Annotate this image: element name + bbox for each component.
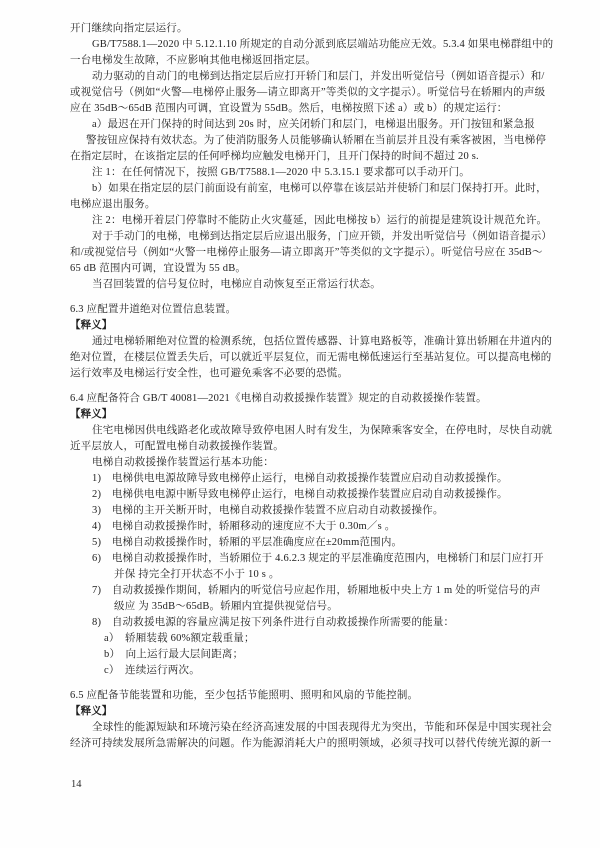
- document-body: 开门继续向指定层运行。GB/T7588.1—2020 中 5.12.1.10 所…: [70, 21, 550, 752]
- text-line: 3) 电梯的主开关断开时，电梯自动救援操作装置不应启动自动救援操作。: [70, 503, 550, 519]
- text-line: c） 连续运行两次。: [70, 663, 550, 679]
- text-line: a） 轿厢装载 60%额定载重量；: [70, 631, 550, 647]
- text-line: 5) 电梯自动救援操作时，轿厢的平层准确度应在±20mm范围内。: [70, 535, 550, 551]
- text-line: 级应 为 35dB～65dB。轿厢内宜提供视觉信号。: [70, 599, 550, 615]
- text-line: 一台电梯发生故障，不应影响其他电梯返回指定层。: [70, 53, 550, 69]
- text-line: 2) 电梯供电电源中断导致电梯停止运行，电梯自动救援操作装置应启动自动救援操作。: [70, 487, 550, 503]
- text-line: 65 dB 范围内可调，宜设置为 55 dB。: [70, 261, 550, 277]
- text-line: 1) 电梯供电电源故障导致电梯停止运行，电梯自动救援操作装置应启动自动救援操作。: [70, 471, 550, 487]
- document-page: 开门继续向指定层运行。GB/T7588.1—2020 中 5.12.1.10 所…: [0, 0, 600, 848]
- text-line: 运行效率及电梯运行安全性，也可避免乘客不必要的恐慌。: [70, 366, 550, 382]
- text-line: 7) 自动救援操作期间，轿厢内的听觉信号应起作用，轿厢地板中央上方 1 m 处的…: [70, 583, 550, 599]
- text-line: 和/或视觉信号（例如“火警一电梯停止服务—请立即离开”等类似的文字提示）。听觉信…: [70, 245, 550, 261]
- text-line: 注 2：电梯开着层门停靠时不能防止火灾蔓延，因此电梯按 b）运行的前提是建筑设计…: [70, 213, 550, 229]
- text-line: 开门继续向指定层运行。: [70, 21, 550, 37]
- text-line: 应在 35dB～65dB 范围内可调，宜设置为 55dB。然后，电梯按照下述 a…: [70, 101, 550, 117]
- text-line: 注 1：在任何情况下，按照 GB/T7588.1—2020 中 5.3.15.1…: [70, 165, 550, 181]
- text-line: 近平层放人，可配置电梯自动救援操作装置。: [70, 439, 550, 455]
- text-line: 住宅电梯因供电线路老化或故障导致停电困人时有发生，为保障乘客安全，在停电时，尽快…: [70, 423, 550, 439]
- text-line: 对于手动门的电梯，电梯到达指定层后应退出服务，门应开锁，并发出听觉信号（例如语音…: [70, 229, 550, 245]
- text-line: 警按钮应保持有效状态。为了使消防服务人员能够确认轿厢在当前层并且没有乘客被困，当…: [70, 133, 550, 149]
- text-line: 并保 持完全打开状态不小于 10 s 。: [70, 567, 550, 583]
- text-line: 通过电梯轿厢绝对位置的检测系统，包括位置传感器、计算电路板等，准确计算出轿厢在井…: [70, 334, 550, 350]
- interpretation-label: 【释义】: [70, 318, 550, 334]
- text-line: 全球性的能源短缺和环境污染在经济高速发展的中国表现得尤为突出，节能和环保是中国实…: [70, 720, 550, 736]
- text-line: 经济可持续发展所急需解决的问题。作为能源消耗大户的照明领域，必须寻找可以替代传统…: [70, 736, 550, 752]
- text-line: 6) 电梯自动救援操作时，当轿厢位于 4.6.2.3 规定的平层准确度范围内，电…: [70, 551, 550, 567]
- text-line: b）如果在指定层的层门前面设有前室，电梯可以停靠在该层站并使轿门和层门保持打开。…: [70, 181, 550, 197]
- text-line: 电梯应退出服务。: [70, 197, 550, 213]
- section-heading: 6.3 应配置井道绝对位置信息装置。: [70, 302, 550, 318]
- text-line: GB/T7588.1—2020 中 5.12.1.10 所规定的自动分派到底层端…: [70, 37, 550, 53]
- section-heading: 6.5 应配备节能装置和功能，至少包括节能照明、照明和风扇的节能控制。: [70, 688, 550, 704]
- page-number: 14: [71, 778, 82, 792]
- text-line: 8) 自动救援电源的容量应满足按下列条件进行自动救援操作所需要的能量：: [70, 615, 550, 631]
- text-line: b） 向上运行最大层间距离；: [70, 647, 550, 663]
- interpretation-label: 【释义】: [70, 407, 550, 423]
- text-line: 在指定层时，在该指定层的任何呼梯均应触发电梯开门，且开门保持的时间不超过 20 …: [70, 149, 550, 165]
- text-line: 绝对位置，在楼层位置丢失后，可以就近平层复位，而无需电梯低速运行至基站复位。可以…: [70, 350, 550, 366]
- text-line: 4) 电梯自动救援操作时，轿厢移动的速度应不大于 0.30m／s 。: [70, 519, 550, 535]
- interpretation-label: 【释义】: [70, 704, 550, 720]
- text-line: 或视觉信号（例如“火警—电梯停止服务—请立即离开”等类似的文字提示）。听觉信号在…: [70, 85, 550, 101]
- text-line: 动力驱动的自动门的电梯到达指定层后应打开轿门和层门，并发出听觉信号（例如语音提示…: [70, 69, 550, 85]
- text-line: 当召回装置的信号复位时，电梯应自动恢复至正常运行状态。: [70, 277, 550, 293]
- text-line: 电梯自动救援操作装置运行基本功能：: [70, 455, 550, 471]
- text-line: a）最迟在开门保持的时间达到 20s 时，应关闭轿门和层门，电梯退出服务。开门按…: [70, 117, 550, 133]
- section-heading: 6.4 应配备符合 GB/T 40081—2021《电梯自动救援操作装置》规定的…: [70, 391, 550, 407]
